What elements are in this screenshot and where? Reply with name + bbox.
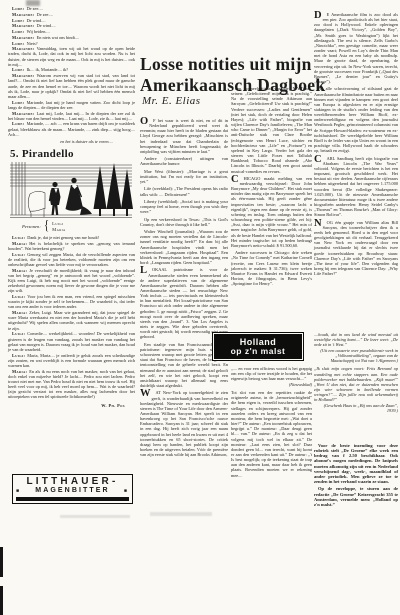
cypress-trees xyxy=(94,163,134,216)
ad-black-bar xyxy=(16,497,129,501)
play-dialogue-top: Lode:De zee....Mariande:De zee....Lode:D… xyxy=(8,6,135,137)
dialogue-line: Mariande:De wind.... xyxy=(8,23,135,28)
speaker-name: Mariande: xyxy=(12,12,35,17)
dialogue-text: Genoeg wil zeggen Maria, dat de verschil… xyxy=(8,252,135,267)
scan-artifact xyxy=(0,586,3,615)
stage-illustration xyxy=(8,161,134,219)
drop-cap: L xyxy=(140,267,148,276)
rubric-clippings-col3: ....houdt, dat in ons land de wind meest… xyxy=(314,332,398,416)
article-column-1: OF het waar is weet ik niet, en of dit i… xyxy=(140,118,228,460)
drop-cap: D xyxy=(314,12,323,21)
article-byline: Mr. E. Elias xyxy=(142,95,201,107)
drop-cap: C xyxy=(231,176,240,185)
rubric-rule-paragraph: Op de enveloppe, te sturen aan de redact… xyxy=(314,486,398,507)
dialogue-text: Maria, Maria.... je ontleedt je geluk zo… xyxy=(8,353,135,368)
article-paragraph: CARL Sandburg heeft zijn biografie van A… xyxy=(314,156,398,218)
dialogue-text: De wind.... xyxy=(37,23,56,28)
article-paragraph: Bij alle schrotvorming of stilstand gaat… xyxy=(314,86,398,153)
dialogue-line: Lode:Niets? xyxy=(8,41,135,46)
article-paragraph: Life (weekblad): „The President opens hi… xyxy=(140,186,228,196)
character-name-1: Luigi xyxy=(52,221,63,226)
article-column-3: DE Amerikaansche film is zoo dood als ee… xyxy=(314,12,398,279)
article-paragraph: LOKAAL patriotisme is voor de Amerikaans… xyxy=(140,267,228,339)
rubric-title-box: Holland op z'n malst xyxy=(213,333,303,360)
newspaper-page: Lode:De zee....Mariande:De zee....Lode:D… xyxy=(0,0,400,615)
speaker-name: Lode: xyxy=(12,6,25,11)
article-paragraph: OF het waar is weet ik niet, en of dit i… xyxy=(140,118,228,154)
scan-artifact xyxy=(0,547,3,577)
dialogue-text: Het is belachelijk te spreken van „genoe… xyxy=(8,241,135,251)
speaker-name: Lode: xyxy=(12,41,25,46)
dialogue-line: Maria:Het is belachelijk te spreken van … xyxy=(8,241,135,251)
rubric-clipping: „Ik sluit mijn oogen voort: Frits Bernar… xyxy=(314,366,398,413)
dialogue-line: Maria:En als ik nu eens noch van het mas… xyxy=(8,369,135,400)
article-paragraph: WAT New-York op tooneelgebied te zien ge… xyxy=(140,390,228,457)
scan-artifact xyxy=(60,515,130,518)
dialogue-line: Luigi:Comedie.... werkelijkheid.... woor… xyxy=(8,331,135,352)
dialogue-text: Mariande, laat mij je hand mogen vatten.… xyxy=(8,100,135,110)
dialogue-line: Lode:Mariande, .... ach .... een krans v… xyxy=(8,121,135,136)
brace-glyph: { xyxy=(44,224,49,230)
dialogue-text: En niets wat ons bindt.... xyxy=(37,35,80,40)
woman-figure xyxy=(66,178,93,215)
scan-artifact xyxy=(150,512,212,516)
speaker-name: Mariande: xyxy=(12,35,35,40)
dialogue-text: Voor jou ben ik een man, een vriend, een… xyxy=(8,294,135,309)
litthauer-magenbitter-ad: LITTHAUER- ■ MAGENBITTER ■ xyxy=(12,474,133,504)
armchair xyxy=(28,191,45,213)
rubric-rule-paragraph: Voor de beste inzending voor deze rubrie… xyxy=(314,443,398,484)
dialogue-line: Mariande:Waarom zwerven wij van stad tot… xyxy=(8,73,135,99)
article-paragraph: DE Amerikaansche film is zoo dood als ee… xyxy=(314,12,398,84)
personen-list: Personen: { LuigiMaria xyxy=(22,221,135,232)
dialogue-line: Mariande:Vanmiddag, toen wij uit het wou… xyxy=(8,46,135,67)
ad-square-left: ■ xyxy=(16,487,21,495)
section-heading-pirandello: 5. Pirandello xyxy=(10,152,135,157)
dialogue-text: Zeker, Luigi. Maar wie garandeert mij, d… xyxy=(8,310,135,330)
personen-label: Personen: xyxy=(22,224,41,229)
article-column-2: den tooneelcriticus van de N.Y.Times, se… xyxy=(231,86,312,289)
article-paragraph: Andere (constateerbare) uitingen van Ame… xyxy=(140,156,228,166)
dialogue-line: Maria:Je verschuift de moeilijkheid; ik … xyxy=(8,268,135,294)
dialogue-text: Je verschuift de moeilijkheid; ik vraag … xyxy=(8,268,135,294)
drop-cap: N xyxy=(314,220,323,229)
dialogue-text: Niets? xyxy=(27,41,38,46)
dialogue-line: Luigi:Maria, Maria.... je ontleedt je ge… xyxy=(8,353,135,368)
clipping-source: (Geschenk Haas in „Bij ons aan de Zaan”,… xyxy=(314,403,398,413)
dialogue-line: Maria:Zeker, Luigi. Maar wie garandeert … xyxy=(8,310,135,331)
dialogue-line: Lode:Ik.... ik, Mariande.... ik? xyxy=(8,67,135,72)
clipping-source: (Uit een causerie over pseudoliterair we… xyxy=(314,348,398,363)
article-paragraph: Liberty (weekblad): „Social tact is maki… xyxy=(140,199,228,214)
dialogue-line: Lode:De zee.... xyxy=(8,6,135,11)
dialogue-text: Mariande, .... ach .... een krans van ha… xyxy=(8,121,135,136)
scan-artifact xyxy=(26,0,40,6)
article-paragraph: NOG één grapje van William alias Bill Sa… xyxy=(314,220,398,277)
dialogue-text: Ik.... ik, Mariande.... ik? xyxy=(27,67,69,72)
dialogue-line: Luigi:Genoeg wil zeggen Maria, dat de ve… xyxy=(8,252,135,267)
article-paragraph: Andere successen in Chicago: drie weken … xyxy=(231,250,312,286)
rubric-rules: Voor de beste inzending voor deze rubrie… xyxy=(314,443,398,509)
dialogue-line: Luigi:Voor jou ben ik een man, een vrien… xyxy=(8,294,135,309)
dialogue-text: Wij beiden.... xyxy=(27,29,50,34)
dialogue-text: De zee.... xyxy=(37,12,53,17)
rubric-title-line2: op z'n malst xyxy=(214,347,302,356)
article-title-line1: Losse notities uit mijn xyxy=(140,54,312,74)
dialogue-text: Comedie.... werkelijkheid.... woorden! D… xyxy=(8,331,135,351)
drop-cap: O xyxy=(140,118,149,127)
speaker-name: Lode: xyxy=(12,29,25,34)
rubric-clipping: „.... en voor een officieus woord is het… xyxy=(231,366,312,387)
ad-brand-line2: MAGENBITTER xyxy=(35,487,109,495)
article-paragraph: den tooneelcriticus van de N.Y.Times, se… xyxy=(231,86,312,174)
dialogue-line: Mariande:De zee.... xyxy=(8,12,135,17)
drop-cap: C xyxy=(314,156,323,165)
speaker-name: Luigi: xyxy=(12,235,25,240)
dialogue-line: Mariande:En niets wat ons bindt.... xyxy=(8,35,135,40)
dialogue-line: Lode:Wij beiden.... xyxy=(8,29,135,34)
speaker-name: Lode: xyxy=(12,18,25,23)
dialogue-text: De wind.... xyxy=(27,18,46,23)
speaker-name: Lode: xyxy=(12,67,25,72)
ad-brand-line1: LITTHAUER- xyxy=(16,477,129,487)
dialogue-line: Lode:Mariande, laat mij je hand mogen va… xyxy=(8,100,135,110)
dialogue-line: Luigi:Dank je, dat je niet genoeg van me… xyxy=(8,235,135,240)
play-signature: W. Ph. Pos xyxy=(8,403,135,408)
character-name-2: Maria xyxy=(52,227,65,232)
man-figure xyxy=(50,182,61,215)
dialogue-text: Dank je, dat je niet genoeg van me houdt… xyxy=(27,235,99,240)
play-closing-line: en het is duister als te voren.... xyxy=(8,139,135,144)
speaker-name: Mariande: xyxy=(12,23,35,28)
dialogue-line: Lode:De wind.... xyxy=(8,18,135,23)
ad-square-right: ■ xyxy=(124,487,129,495)
dialogue-text: En als ik nu eens noch van het masker, n… xyxy=(8,369,135,400)
article-paragraph: CHICAGO maakt melding van een merkwaardi… xyxy=(231,176,312,248)
rubric-clipping: ....houdt, dat in ons land de wind meest… xyxy=(314,332,398,363)
article-paragraph: Mae West (filmster): „Marriage is a grea… xyxy=(140,169,228,184)
play-dialogue-pirandello: Luigi:Dank je, dat je niet genoeg van me… xyxy=(8,235,135,400)
article-paragraph: Op een verkeersbord in Texas: „This is G… xyxy=(140,217,228,227)
article-paragraph: Walter Winchell (journalist): „Waarom zo… xyxy=(140,229,228,265)
drop-cap: W xyxy=(140,390,152,399)
clipping-source: (Nieuwsblad) xyxy=(231,382,312,387)
rubric-clippings-col2: „.... en voor een officieus woord is het… xyxy=(231,366,312,481)
dialogue-text: De zee.... xyxy=(27,6,43,11)
play-column: Lode:De zee....Mariande:De zee....Lode:D… xyxy=(8,6,135,412)
dialogue-line: Mariande:Laat mij, Lode, laat mij.... In… xyxy=(8,111,135,121)
rubric-clipping: Tot slot van een der repetities raakte d… xyxy=(231,390,312,478)
